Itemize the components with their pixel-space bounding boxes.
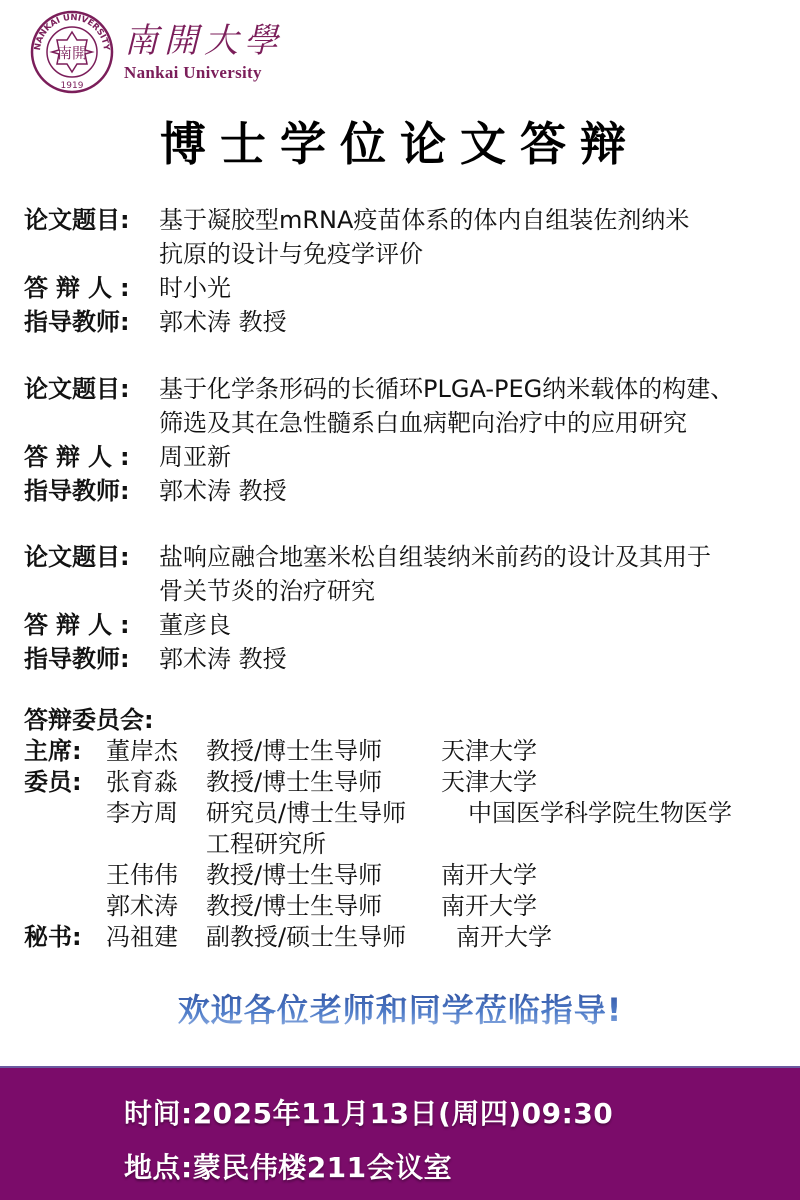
event-info-banner: 时间:2025年11月13日(周四)09:30 地点:蒙民伟楼211会议室 xyxy=(0,1066,800,1200)
member-title: 教授/博士生导师 xyxy=(206,891,441,922)
svg-text:1919: 1919 xyxy=(61,81,84,91)
committee-member-continuation: 工程研究所 xyxy=(24,829,800,860)
thesis-block-1: 论文题目: 基于凝胶型mRNA疫苗体系的体内自组装佐剂纳米抗原的设计与免疫学评价… xyxy=(24,203,800,339)
welcome-message: 欢迎各位老师和同学莅临指导! xyxy=(0,988,800,1032)
university-name: 南開大學 Nankai University xyxy=(124,21,284,83)
member-name: 冯祖建 xyxy=(106,922,206,953)
member-name: 张育淼 xyxy=(106,767,206,798)
defender-name: 董彦良 xyxy=(159,608,800,642)
member-institution: 南开大学 xyxy=(441,891,800,922)
defender-label: 答辩人: xyxy=(24,271,159,305)
committee-member-chair: 主席: 董岸杰 教授/博士生导师 天津大学 xyxy=(24,736,800,767)
defender-label: 答辩人: xyxy=(24,440,159,474)
member-institution: 天津大学 xyxy=(441,767,800,798)
member-institution: 南开大学 xyxy=(441,860,800,891)
member-role xyxy=(24,891,106,922)
member-name: 郭术涛 xyxy=(106,891,206,922)
svg-text:南開: 南開 xyxy=(57,44,87,62)
thesis-topic: 盐响应融合地塞米松自组装纳米前药的设计及其用于骨关节炎的治疗研究 xyxy=(159,540,800,608)
defense-committee: 答辩委员会: 主席: 董岸杰 教授/博士生导师 天津大学 委员: 张育淼 教授/… xyxy=(24,705,800,953)
member-name: 李方周 xyxy=(106,798,206,829)
member-title: 教授/博士生导师 xyxy=(206,767,441,798)
member-title: 教授/博士生导师 xyxy=(206,736,441,767)
topic-label: 论文题目: xyxy=(24,540,159,608)
defender-name: 周亚新 xyxy=(159,440,800,474)
member-institution: 天津大学 xyxy=(441,736,800,767)
university-name-cn: 南開大學 xyxy=(124,21,284,61)
defender-label: 答辩人: xyxy=(24,608,159,642)
thesis-block-3: 论文题目: 盐响应融合地塞米松自组装纳米前药的设计及其用于骨关节炎的治疗研究 答… xyxy=(24,540,800,676)
page-title: 博士学位论文答辩 xyxy=(0,112,800,176)
advisor-label: 指导教师: xyxy=(24,305,159,339)
committee-heading: 答辩委员会: xyxy=(24,705,800,736)
member-institution: 中国医学科学院生物医学 xyxy=(468,798,800,829)
member-role: 主席: xyxy=(24,736,106,767)
member-title: 研究员/博士生导师 xyxy=(206,798,468,829)
advisor-label: 指导教师: xyxy=(24,642,159,676)
advisor-name: 郭术涛 教授 xyxy=(159,642,800,676)
defender-name: 时小光 xyxy=(159,271,800,305)
advisor-name: 郭术涛 教授 xyxy=(159,474,800,508)
advisor-label: 指导教师: xyxy=(24,474,159,508)
committee-secretary: 秘书: 冯祖建 副教授/硕士生导师 南开大学 xyxy=(24,922,800,953)
committee-member: 王伟伟 教授/博士生导师 南开大学 xyxy=(24,860,800,891)
member-role xyxy=(24,798,106,829)
member-name: 董岸杰 xyxy=(106,736,206,767)
member-role xyxy=(24,860,106,891)
member-role: 委员: xyxy=(24,767,106,798)
university-seal-icon: 南開 1919 NANKAI UNIVERSITY xyxy=(30,10,114,94)
member-role: 秘书: xyxy=(24,922,106,953)
header: 南開 1919 NANKAI UNIVERSITY 南開大學 Nankai Un… xyxy=(30,10,284,94)
committee-member: 郭术涛 教授/博士生导师 南开大学 xyxy=(24,891,800,922)
committee-member: 李方周 研究员/博士生导师 中国医学科学院生物医学 xyxy=(24,798,800,829)
topic-label: 论文题目: xyxy=(24,372,159,440)
member-title: 教授/博士生导师 xyxy=(206,860,441,891)
thesis-topic: 基于凝胶型mRNA疫苗体系的体内自组装佐剂纳米抗原的设计与免疫学评价 xyxy=(159,203,800,271)
member-name: 王伟伟 xyxy=(106,860,206,891)
university-name-en: Nankai University xyxy=(124,63,284,83)
member-institution: 南开大学 xyxy=(456,922,800,953)
advisor-name: 郭术涛 教授 xyxy=(159,305,800,339)
thesis-block-2: 论文题目: 基于化学条形码的长循环PLGA-PEG纳米载体的构建、筛选及其在急性… xyxy=(24,372,800,508)
thesis-topic: 基于化学条形码的长循环PLGA-PEG纳米载体的构建、筛选及其在急性髓系白血病靶… xyxy=(159,372,800,440)
committee-member: 委员: 张育淼 教授/博士生导师 天津大学 xyxy=(24,767,800,798)
event-time: 时间:2025年11月13日(周四)09:30 xyxy=(124,1092,613,1132)
member-institution-line2: 工程研究所 xyxy=(206,829,800,860)
event-location: 地点:蒙民伟楼211会议室 xyxy=(124,1146,452,1186)
member-title: 副教授/硕士生导师 xyxy=(206,922,456,953)
topic-label: 论文题目: xyxy=(24,203,159,271)
